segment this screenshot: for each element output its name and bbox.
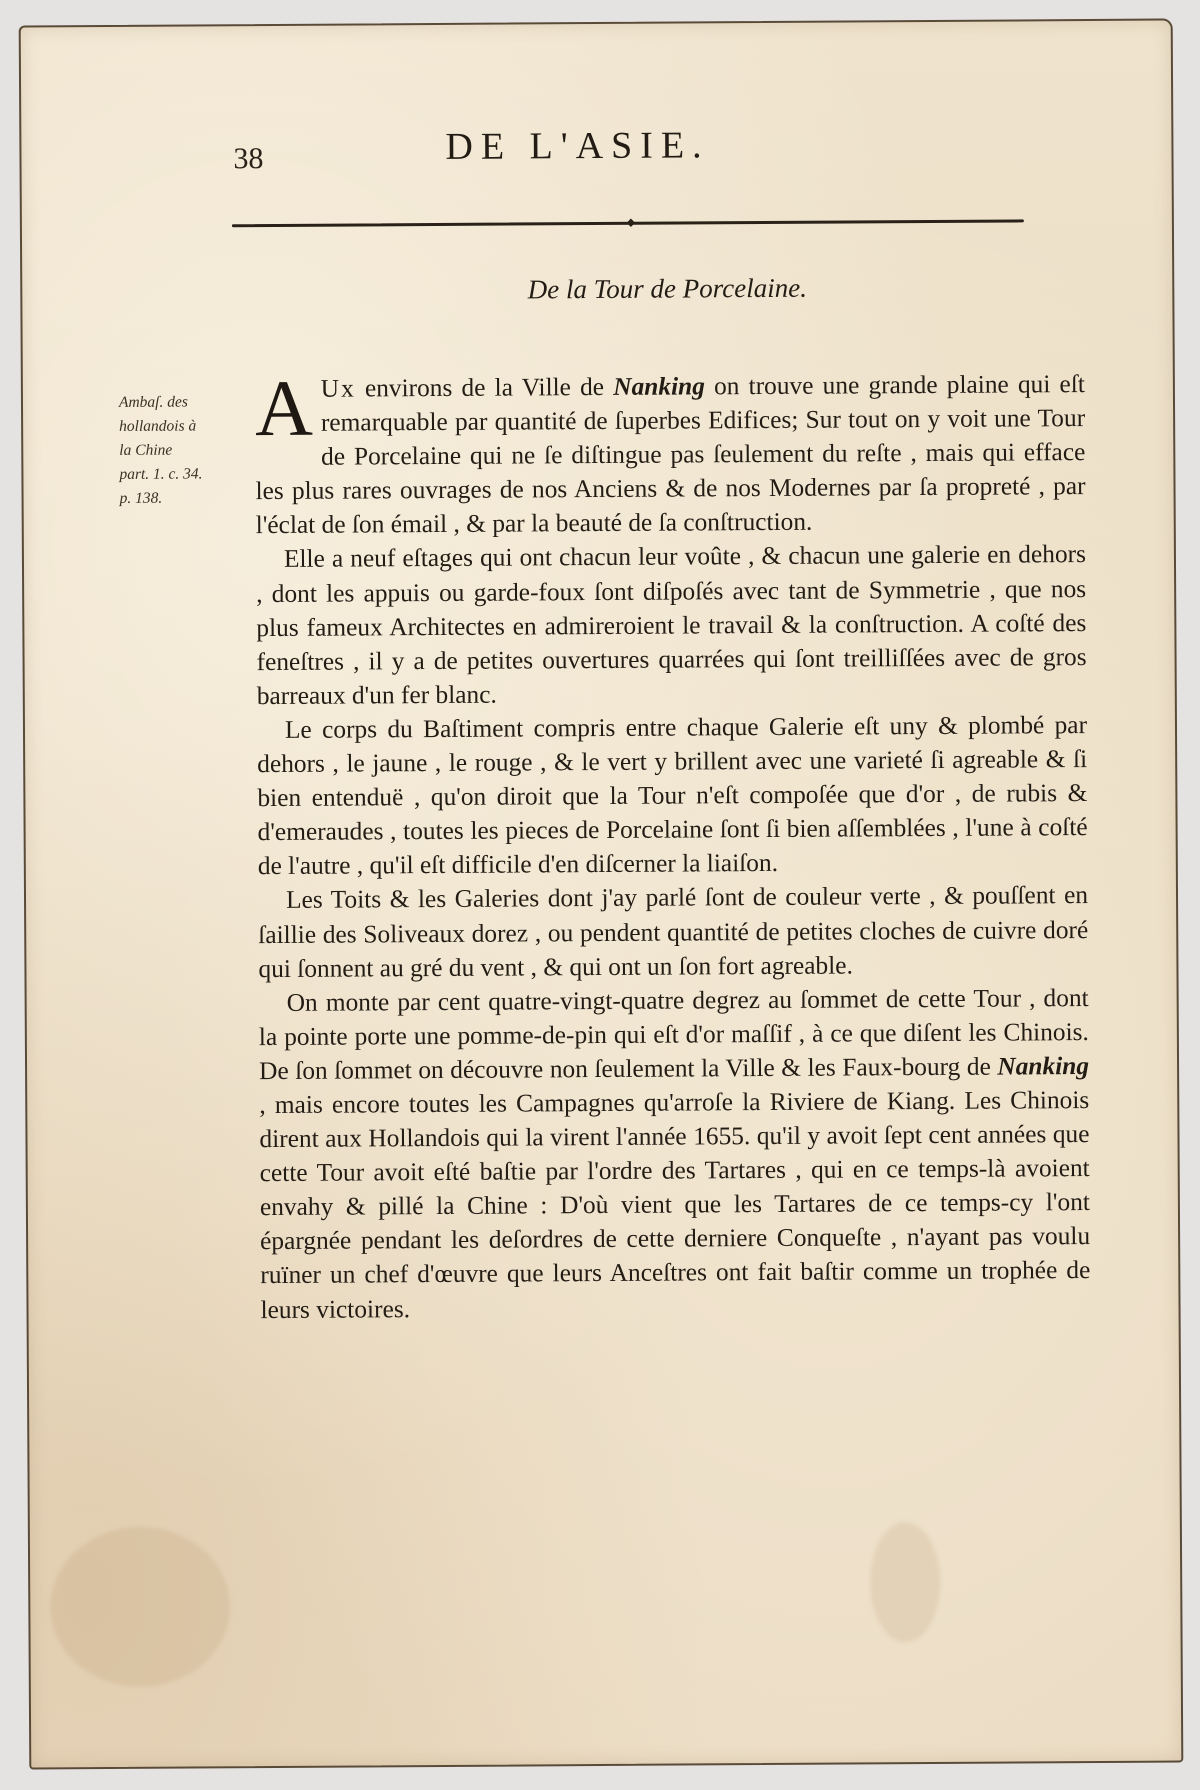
book-page: 38 DE L'ASIE. De la Tour de Porcelaine. … <box>19 18 1184 1769</box>
text-segment: On monte par cent quatre-vingt-quatre de… <box>259 984 1089 1085</box>
running-head: 38 DE L'ASIE. <box>227 99 1027 164</box>
text-segment: environs de la Ville de <box>356 373 614 403</box>
header-rule-divider <box>232 219 1024 227</box>
paragraph-4: Les Toits & les Galeries dont j'ay parlé… <box>258 878 1089 985</box>
paragraph-3: Le corps du Baſtiment compris entre chaq… <box>257 708 1088 884</box>
place-name-nanking: Nanking <box>997 1052 1089 1081</box>
page-number: 38 <box>233 142 263 176</box>
body-text: AUx environs de la Ville de Nanking on t… <box>255 367 1091 1327</box>
paragraph-5: On monte par cent quatre-vingt-quatre de… <box>259 981 1091 1327</box>
place-name-nanking: Nanking <box>613 372 705 401</box>
running-title: DE L'ASIE. <box>445 123 709 169</box>
drop-cap: A <box>255 376 313 442</box>
paper-stain <box>50 1526 231 1687</box>
margin-note-line: la Chine <box>119 438 249 463</box>
paragraph-1: AUx environs de la Ville de Nanking on t… <box>255 367 1086 543</box>
paper-stain <box>870 1522 941 1642</box>
margin-note-line: part. 1. c. 34. <box>119 462 249 487</box>
opening-word: Ux <box>321 374 356 402</box>
margin-note: Ambaſ. des hollandois à la Chine part. 1… <box>119 390 250 511</box>
text-segment: , mais encore toutes les Campagnes qu'ar… <box>259 1086 1090 1324</box>
margin-note-line: hollandois à <box>119 414 249 439</box>
section-title: De la Tour de Porcelaine. <box>22 270 1200 309</box>
margin-note-line: p. 138. <box>120 486 250 511</box>
margin-note-line: Ambaſ. des <box>119 390 249 415</box>
paragraph-2: Elle a neuf eſtages qui ont chacun leur … <box>256 538 1087 714</box>
